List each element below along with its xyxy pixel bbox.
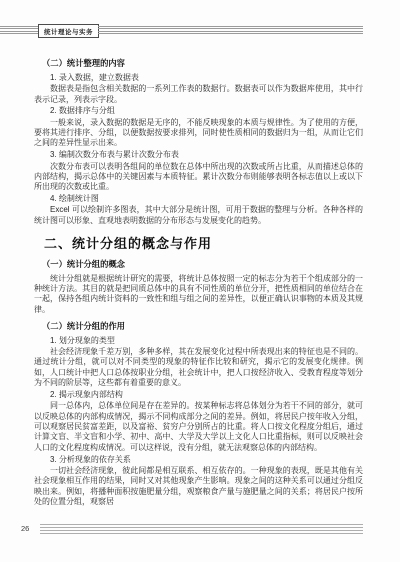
paragraph: 社会经济现象千差万别，多种多样，其在发展变化过程中所表现出来的特征也是不同的。通…	[34, 347, 363, 388]
header-title-box: 统计理论与实务	[38, 24, 99, 38]
list-item-heading: 1. 划分现象的类型	[34, 336, 363, 346]
section-heading: 二、统计分组的概念与作用	[44, 236, 363, 251]
running-head-title: 统计理论与实务	[44, 27, 93, 36]
list-item-heading: 1. 录入数据，建立数据表	[34, 73, 363, 83]
paragraph: 一般来说，录入数据的数据是无序的，不能反映现象的本质与规律性。为了使用的方便，要…	[34, 118, 363, 149]
list-item-heading: 2. 数据排序与分组	[34, 106, 363, 116]
paragraph: 统计分组就是根据统计研究的需要，将统计总体按照一定的标志分为若干个组成部分的一种…	[34, 274, 363, 315]
paragraph: 同一总体内，总体单位间是存在差异的。按某种标志将总体划分为若干不同的部分，就可以…	[34, 401, 363, 453]
list-item-heading: 3. 分析现象的依存关系	[34, 455, 363, 465]
sub-heading: （二）统计整理的内容	[42, 58, 363, 68]
header-rule-left	[0, 26, 38, 34]
document-body: （二）统计整理的内容1. 录入数据，建立数据表数据表是指包含相关数据的一系列工作…	[34, 52, 363, 507]
list-item-heading: 2. 揭示现象内部结构	[34, 390, 363, 400]
page-number: 26	[21, 524, 38, 536]
list-item-heading: 3. 编制次数分布表与累计次数分布表	[34, 150, 363, 160]
paragraph: Excel 可以绘制许多图表，其中大部分是统计图，可用于数据的整理与分析。各种各…	[34, 205, 363, 226]
page: 统计理论与实务 （二）统计整理的内容1. 录入数据，建立数据表数据表是指包含相关…	[0, 0, 400, 562]
paragraph: 数据表是指包含相关数据的一系列工作表的数据行。数据表可以作为数据库使用，其中行表…	[34, 84, 363, 105]
list-item-heading: 4. 绘制统计图	[34, 194, 363, 204]
sub-heading: （一）统计分组的概念	[42, 259, 363, 269]
sub-heading: （二）统计分组的作用	[42, 321, 363, 331]
footer-rule	[40, 524, 363, 534]
paragraph: 次数分布表可以表明各组间的单位数在总体中所出现的次数或所占比重，从而描述总体的内…	[34, 162, 363, 193]
paragraph: 一切社会经济现象，彼此间都是相互联系、相互依存的。一种现象的表现，既是其他有关社…	[34, 466, 363, 507]
header-rule-right	[98, 26, 363, 34]
